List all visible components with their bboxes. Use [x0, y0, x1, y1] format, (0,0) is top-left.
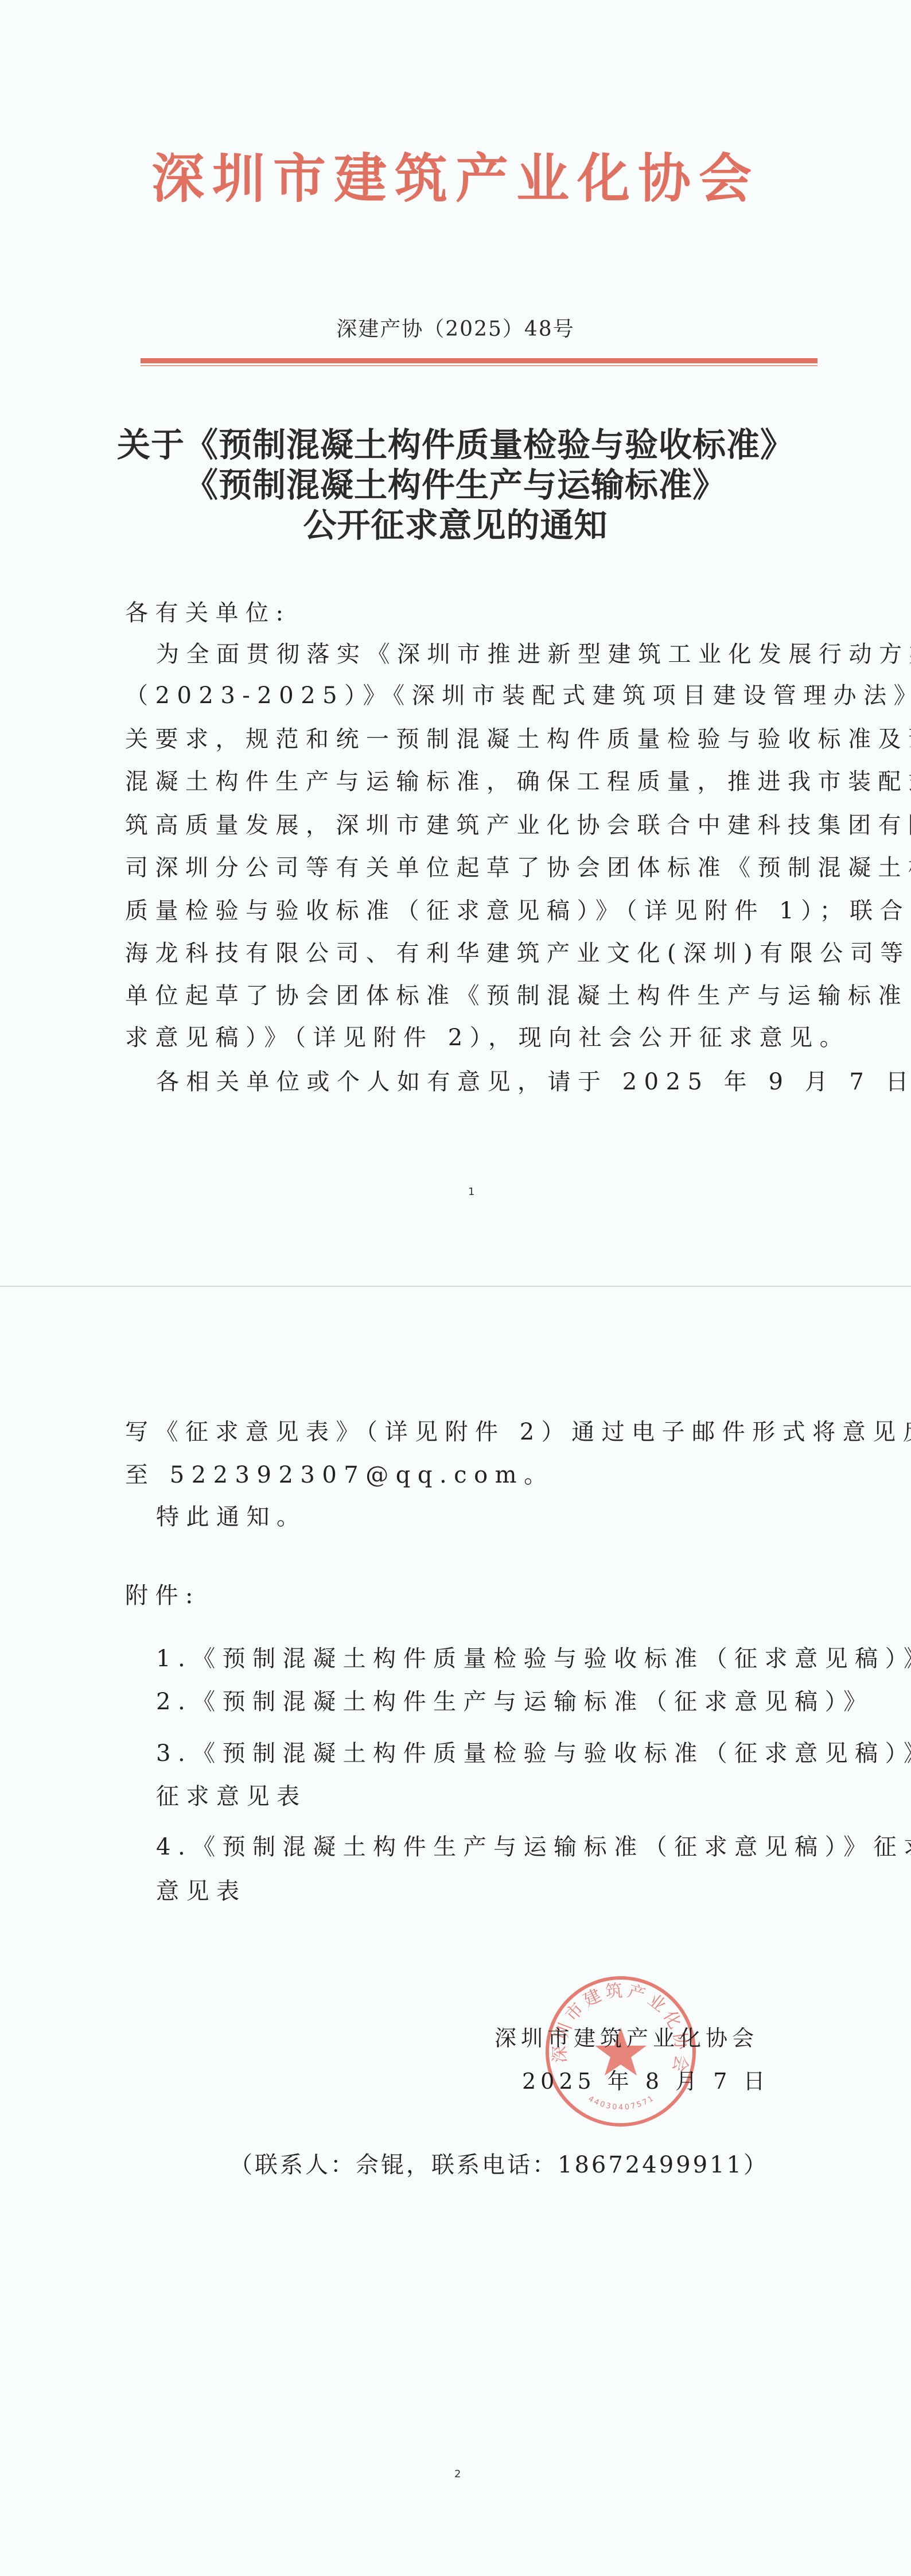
body-line: 单位起草了协会团体标准《预制混凝土构件生产与运输标准（征: [125, 984, 911, 1007]
contact-info: （联系人：佘锟，联系电话：18672499911）: [229, 2154, 769, 2177]
email-line: 至 522392307@qq.com。: [125, 1464, 554, 1487]
page-divider: [0, 1286, 911, 1287]
body-line: 海龙科技有限公司、有利华建筑产业文化(深圳)有限公司等有关: [125, 942, 911, 965]
red-rule-thick: [141, 358, 817, 363]
attachment-item-2: 2.《预制混凝土构件生产与运输标准（征求意见稿）》: [156, 1690, 874, 1713]
red-rule-thin: [141, 365, 817, 366]
body-line: 求意见稿）》（详见附件 2），现向社会公开征求意见。: [125, 1026, 850, 1049]
body-line: 司深圳分公司等有关单位起草了协会团体标准《预制混凝土构件: [125, 856, 911, 879]
attachment-item-1: 1.《预制混凝土构件质量检验与验收标准（征求意见稿）》: [156, 1647, 911, 1670]
title-line-3: 公开征求意见的通知: [0, 498, 911, 546]
body-line: 混凝土构件生产与运输标准，确保工程质量，推进我市装配式建: [125, 770, 911, 793]
attachment-item-4: 4.《预制混凝土构件生产与运输标准（征求意见稿）》征求: [156, 1836, 911, 1859]
body-line: 质量检验与验收标准（征求意见稿）》（详见附件 1）；联合中建: [125, 899, 911, 922]
signature-date: 2025 年 8 月 7 日: [522, 2063, 769, 2095]
body-line: 关要求，规范和统一预制混凝土构件质量检验与验收标准及预制: [125, 728, 911, 751]
page-number-1: 1: [468, 1186, 474, 1198]
salutation: 各有关单位:: [125, 602, 290, 624]
body-line: 为全面贯彻落实《深圳市推进新型建筑工业化发展行动方案: [156, 643, 911, 666]
attachment-item-3: 3.《预制混凝土构件质量检验与验收标准（征求意见稿）》: [156, 1742, 911, 1765]
attachment-item-4-cont: 意见表: [156, 1880, 247, 1903]
body-line: 写《征求意见表》（详见附件 2）通过电子邮件形式将意见反馈: [125, 1421, 911, 1444]
signature-org: 深圳市建筑产业化协会: [495, 2020, 758, 2052]
attachments-label: 附件:: [125, 1584, 200, 1607]
doc-number: 深建产协（2025）48号: [0, 313, 911, 342]
page-number-2: 2: [454, 2468, 461, 2480]
body-line: 筑高质量发展，深圳市建筑产业化协会联合中建科技集团有限公: [125, 814, 911, 837]
org-header: 深圳市建筑产业化协会: [0, 137, 911, 212]
body-line: 各相关单位或个人如有意见，请于 2025 年 9 月 7 日前，填: [156, 1070, 911, 1093]
body-line: （2023-2025）》《深圳市装配式建筑项目建设管理办法》的相: [125, 684, 911, 707]
closing-line: 特此通知。: [156, 1506, 307, 1528]
attachment-item-3-cont: 征求意见表: [156, 1785, 307, 1808]
